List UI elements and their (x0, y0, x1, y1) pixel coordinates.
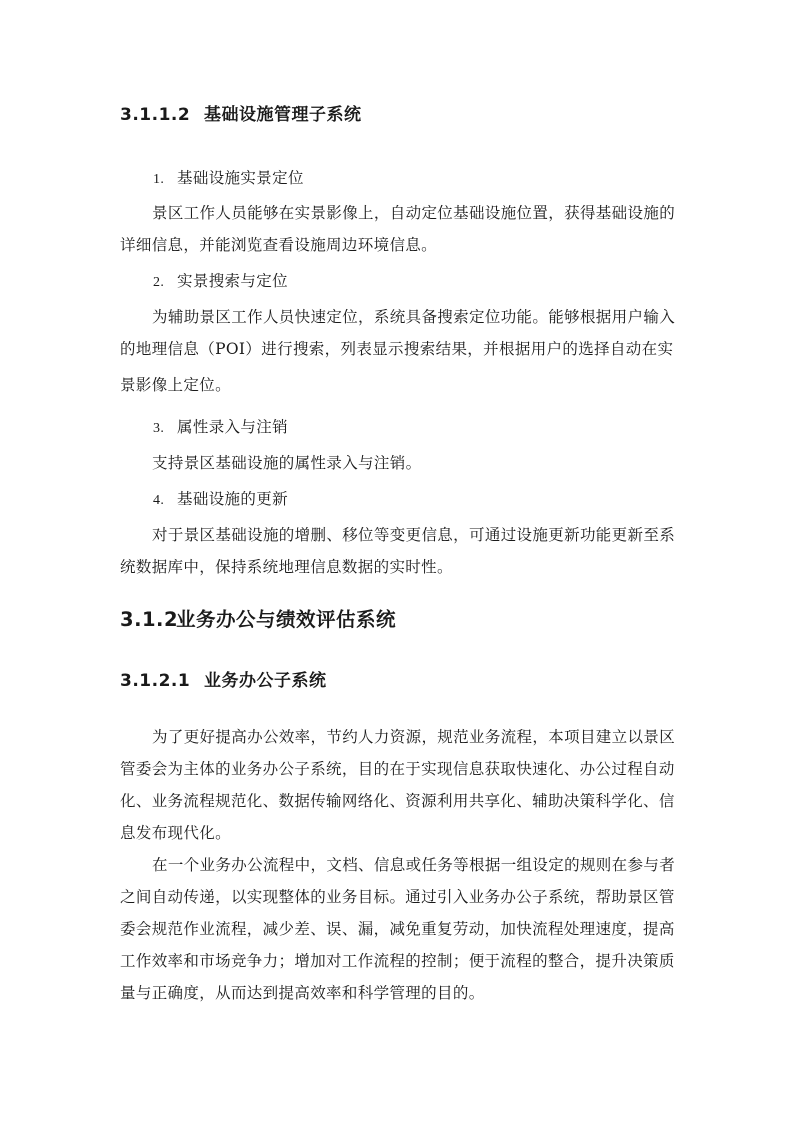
body-text-line: 在一个业务办公流程中，文档、信息或任务等根据一组设定的规则在参与者 (152, 855, 675, 875)
section-title: 业务办公与绩效评估系统 (176, 608, 396, 631)
list-item-heading: 4.基础设施的更新 (153, 489, 288, 511)
section-number: 3.1.2 (120, 610, 176, 630)
section-title: 基础设施管理子系统 (204, 105, 362, 125)
list-item-heading: 1.基础设施实景定位 (153, 168, 304, 190)
list-item-title: 基础设施实景定位 (177, 169, 304, 187)
body-text-line: 详细信息，并能浏览查看设施周边环境信息。 (120, 235, 437, 255)
section-heading-3-1-2-1: 3.1.2.1业务办公子系统 (120, 671, 327, 691)
section-heading-3-1-2: 3.1.2业务办公与绩效评估系统 (120, 610, 396, 630)
section-number: 3.1.1.2 (120, 105, 204, 125)
section-number: 3.1.2.1 (120, 671, 204, 691)
list-item-title: 基础设施的更新 (177, 490, 288, 508)
list-index: 3. (153, 419, 177, 439)
section-title: 业务办公子系统 (204, 671, 327, 691)
body-text-line: 量与正确度，从而达到提高效率和科学管理的目的。 (120, 983, 485, 1003)
body-text-line: 的地理信息（POI）进行搜索，列表显示搜索结果，并根据用户的选择自动在实 (120, 339, 673, 359)
list-index: 1. (153, 170, 177, 190)
list-item-title: 属性录入与注销 (177, 418, 288, 436)
section-heading-3-1-1-2: 3.1.1.2基础设施管理子系统 (120, 105, 362, 125)
body-text-line: 统数据库中，保持系统地理信息数据的实时性。 (120, 557, 453, 577)
body-text-line: 为辅助景区工作人员快速定位，系统具备搜索定位功能。能够根据用户输入 (152, 307, 675, 327)
body-text-line: 景区工作人员能够在实景影像上，自动定位基础设施位置，获得基础设施的 (152, 203, 675, 223)
body-text-line: 化、业务流程规范化、数据传输网络化、资源利用共享化、辅助决策科学化、信 (120, 791, 675, 811)
body-text-line: 对于景区基础设施的增删、移位等变更信息，可通过设施更新功能更新至系 (152, 525, 675, 545)
body-text-line: 支持景区基础设施的属性录入与注销。 (152, 453, 421, 473)
body-text-line: 管委会为主体的业务办公子系统，目的在于实现信息获取快速化、办公过程自动 (120, 759, 675, 779)
body-text-line: 之间自动传递，以实现整体的业务目标。通过引入业务办公子系统，帮助景区管 (120, 887, 675, 907)
body-text-line: 委会规范作业流程，减少差、误、漏，减免重复劳动，加快流程处理速度，提高 (120, 919, 675, 939)
body-text-line: 为了更好提高办公效率，节约人力资源，规范业务流程，本项目建立以景区 (152, 727, 675, 747)
body-text-line: 工作效率和市场竞争力；增加对工作流程的控制；便于流程的整合，提升决策质 (120, 951, 675, 971)
list-item-title: 实景搜索与定位 (177, 272, 288, 290)
body-text-line: 息发布现代化。 (120, 823, 231, 843)
body-text-line: 景影像上定位。 (120, 375, 231, 395)
list-item-heading: 3.属性录入与注销 (153, 417, 288, 439)
list-item-heading: 2.实景搜索与定位 (153, 271, 288, 293)
list-index: 2. (153, 273, 177, 293)
list-index: 4. (153, 491, 177, 511)
